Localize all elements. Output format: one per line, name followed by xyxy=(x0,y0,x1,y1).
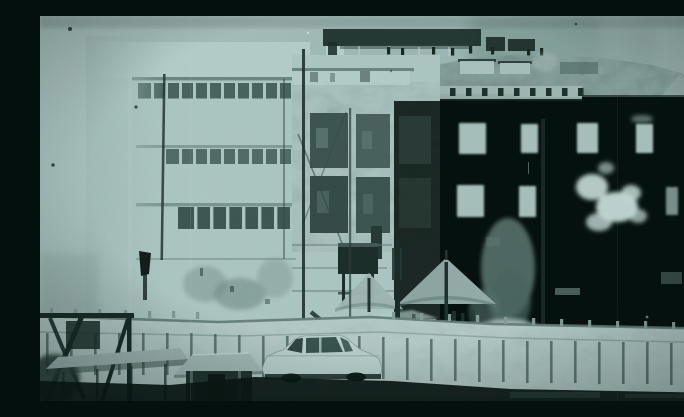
photo-canvas xyxy=(40,16,684,401)
archival-photo xyxy=(40,16,684,401)
vignette xyxy=(40,16,684,401)
